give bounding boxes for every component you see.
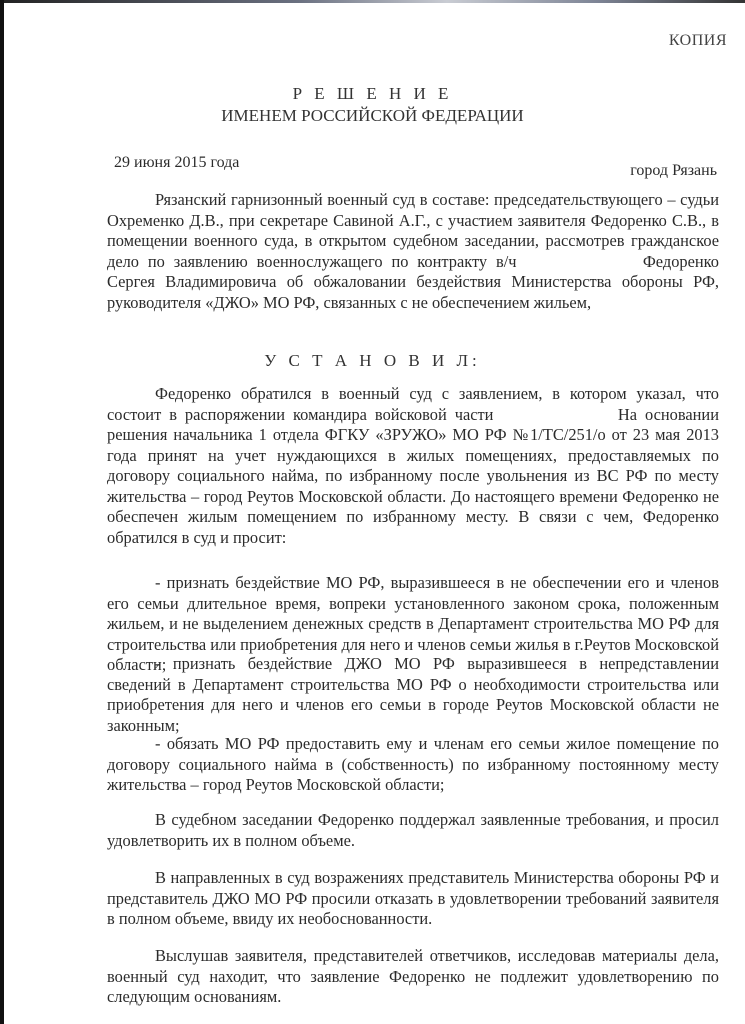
main-text-continued: На основании решения начальника 1 отдела… <box>107 405 719 547</box>
request-text: - обязать МО РФ предоставить ему и члена… <box>107 734 719 796</box>
main-paragraph: Федоренко обратился в военный суд с заяв… <box>107 384 719 548</box>
redacted-unit-number: [скрыто] <box>501 405 610 426</box>
paragraph-text: В направленных в суд возражениях предста… <box>107 868 719 930</box>
body-paragraph: В судебном заседании Федоренко поддержал… <box>107 810 719 851</box>
intro-paragraph: Рязанский гарнизонный военный суд в сост… <box>107 190 719 313</box>
redacted-unit-number: [скрыто] <box>525 252 634 273</box>
section-heading-established: У С Т А Н О В И Л: <box>0 351 745 371</box>
paragraph-text: В судебном заседании Федоренко поддержал… <box>107 810 719 851</box>
request-text: - признать бездействие ДЖО МО РФ выразив… <box>107 654 719 736</box>
copy-stamp: КОПИЯ <box>669 32 727 50</box>
document-date: 29 июня 2015 года <box>114 154 239 172</box>
request-item: - обязать МО РФ предоставить ему и члена… <box>107 734 719 796</box>
body-paragraph: Выслушав заявителя, представителей ответ… <box>107 946 719 1008</box>
body-paragraph: В направленных в суд возражениях предста… <box>107 868 719 930</box>
paragraph-text: Выслушав заявителя, представителей ответ… <box>107 946 719 1008</box>
document-city: город Рязань <box>630 162 717 180</box>
document-title: Р Е Ш Е Н И Е <box>0 84 745 104</box>
document-page: КОПИЯ Р Е Ш Е Н И Е ИМЕНЕМ РОССИЙСКОЙ ФЕ… <box>0 0 745 1024</box>
document-subtitle: ИМЕНЕМ РОССИЙСКОЙ ФЕДЕРАЦИИ <box>0 106 745 126</box>
request-item: - признать бездействие ДЖО МО РФ выразив… <box>107 654 719 736</box>
